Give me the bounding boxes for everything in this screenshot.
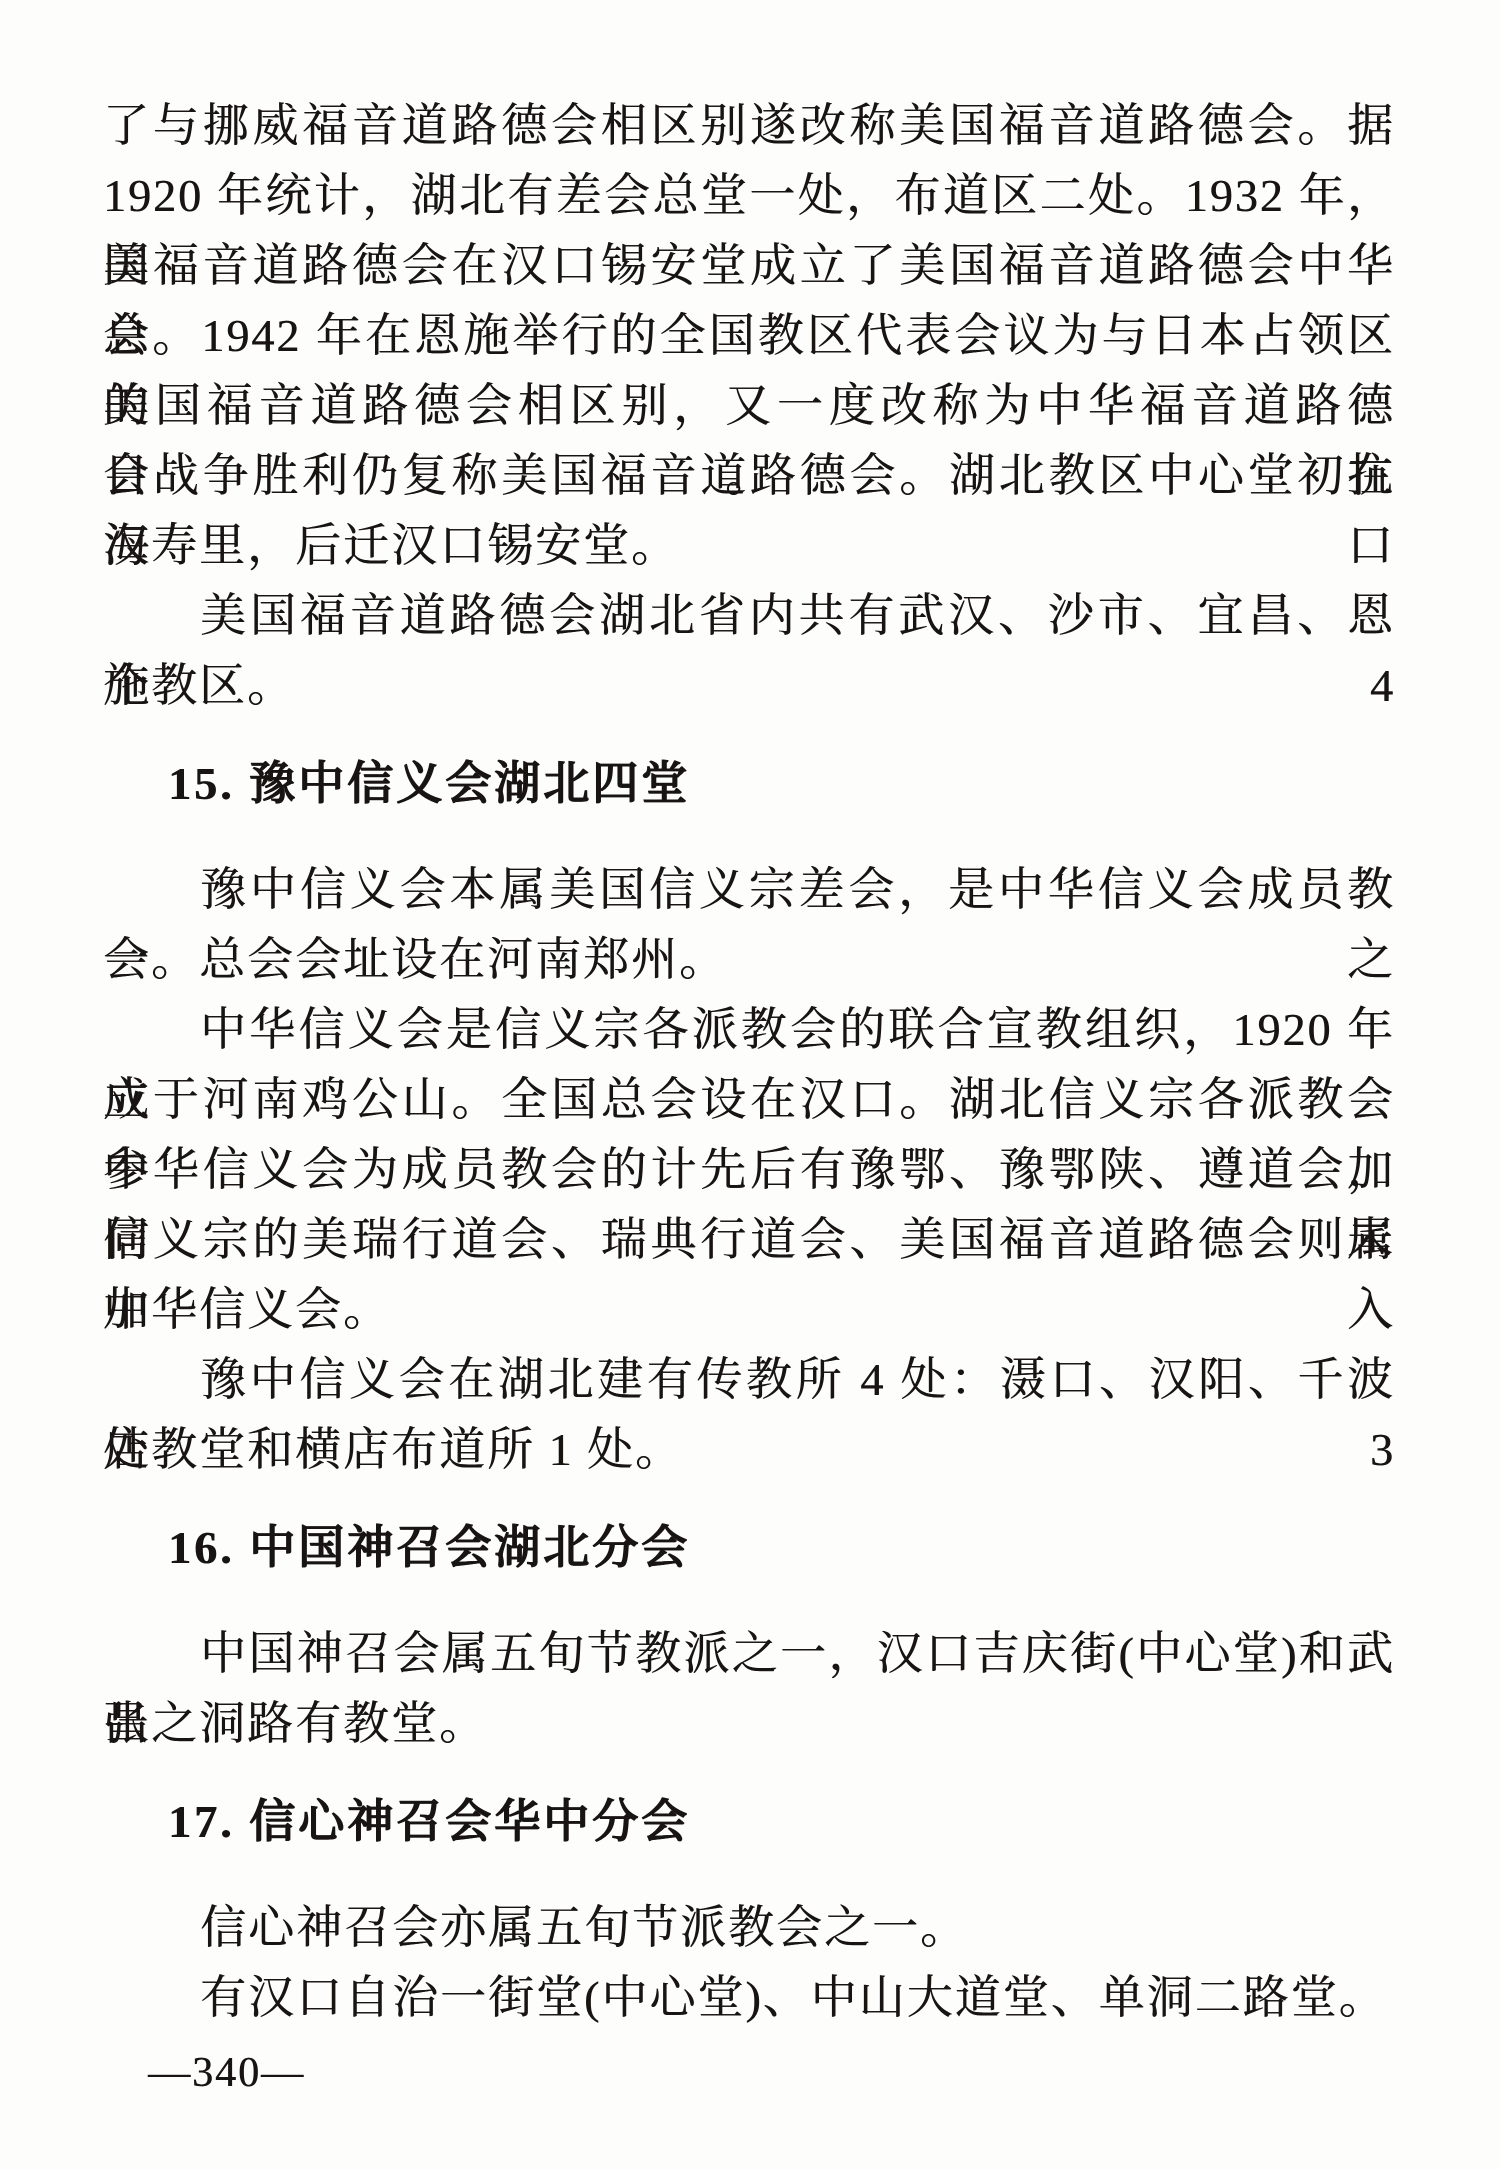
- text-line: 豫中信义会本属美国信义宗差会，是中华信义会成员教会之: [103, 855, 1395, 925]
- section-heading-15: 15. 豫中信义会湖北四堂: [168, 749, 1395, 819]
- text-line: 日战争胜利仍复称美国福音道路德会。湖北教区中心堂初在汉口: [103, 441, 1395, 511]
- text-line: 会。1942 年在恩施举行的全国教区代表会议为与日本占领区的: [103, 301, 1395, 371]
- text-line: 中华信义会为成员教会的计先后有豫鄂、豫鄂陕、遵道会，同属: [103, 1135, 1395, 1205]
- text-line: 中华信义会是信义宗各派教会的联合宣教组织，1920 年成: [103, 995, 1395, 1065]
- text-line: 信心神召会亦属五旬节派教会之一。: [103, 1893, 1395, 1963]
- text-line: 国福音道路德会在汉口锡安堂成立了美国福音道路德会中华总: [103, 231, 1395, 301]
- text-line: 豫中信义会在湖北建有传教所 4 处：滠口、汉阳、千波店 3: [103, 1345, 1395, 1415]
- text-block: 了与挪威福音道路德会相区别遂改称美国福音道路德会。据 1920 年统计，湖北有差…: [103, 0, 1395, 2103]
- section-heading-17: 17. 信心神召会华中分会: [168, 1787, 1395, 1857]
- text-line: 张之洞路有教堂。: [103, 1689, 1395, 1759]
- text-line: 美国福音道路德会相区别，又一度改称为中华福音道路德会。抗: [103, 371, 1395, 441]
- text-line: 立于河南鸡公山。全国总会设在汉口。湖北信义宗各派教会参加: [103, 1065, 1395, 1135]
- scanned-book-page: 了与挪威福音道路德会相区别遂改称美国福音道路德会。据 1920 年统计，湖北有差…: [0, 0, 1500, 2169]
- text-line: 了与挪威福音道路德会相区别遂改称美国福音道路德会。据: [103, 91, 1395, 161]
- text-line: 1920 年统计，湖北有差会总堂一处，布道区二处。1932 年，美: [103, 161, 1395, 231]
- section-heading-16: 16. 中国神召会湖北分会: [168, 1513, 1395, 1583]
- text-line: 中国神召会属五旬节教派之一，汉口吉庆街(中心堂)和武昌: [103, 1619, 1395, 1689]
- page-number: —340—: [148, 2043, 1395, 2103]
- text-line: 信义宗的美瑞行道会、瑞典行道会、美国福音道路德会则未加入: [103, 1205, 1395, 1275]
- text-line: 有汉口自治一街堂(中心堂)、中山大道堂、单洞二路堂。: [103, 1963, 1395, 2033]
- text-line: 美国福音道路德会湖北省内共有武汉、沙市、宜昌、恩施 4: [103, 581, 1395, 651]
